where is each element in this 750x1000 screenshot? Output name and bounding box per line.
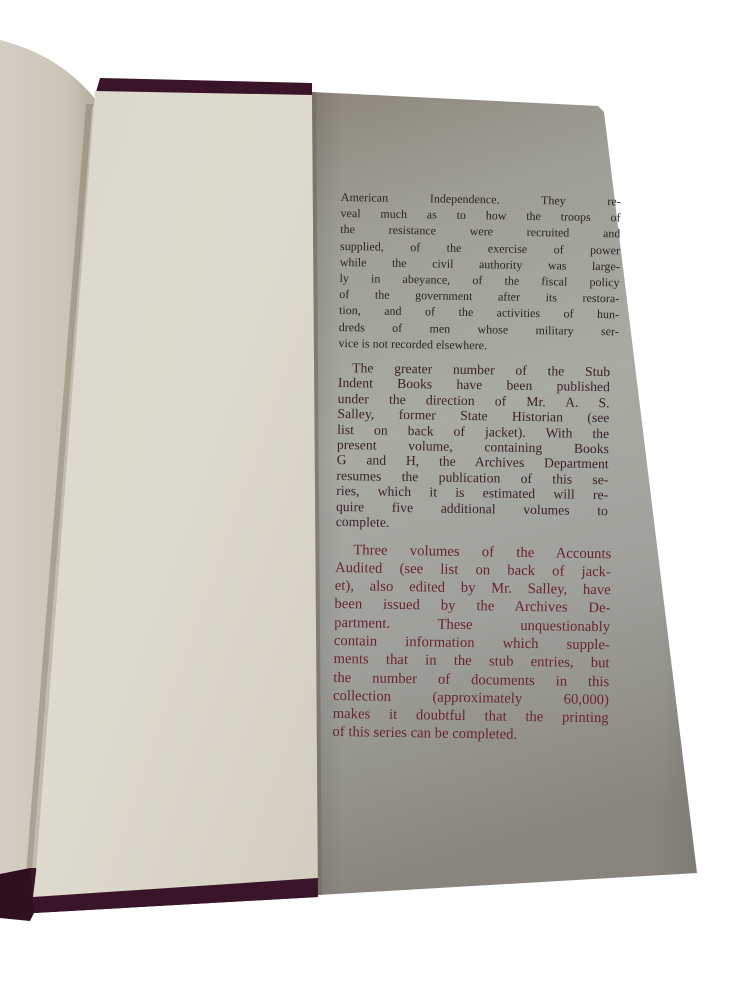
paragraph-1: American Independence. They re- veal muc…	[338, 189, 621, 355]
paragraph-2: The greater number of the Stub Indent Bo…	[336, 360, 611, 534]
paragraph-3: Three volumes of the Accounts Audited (s…	[332, 540, 611, 746]
book-photo: American Independence. They re- veal muc…	[0, 0, 750, 1000]
jacket-flap-text: American Independence. They re- veal muc…	[332, 189, 623, 746]
